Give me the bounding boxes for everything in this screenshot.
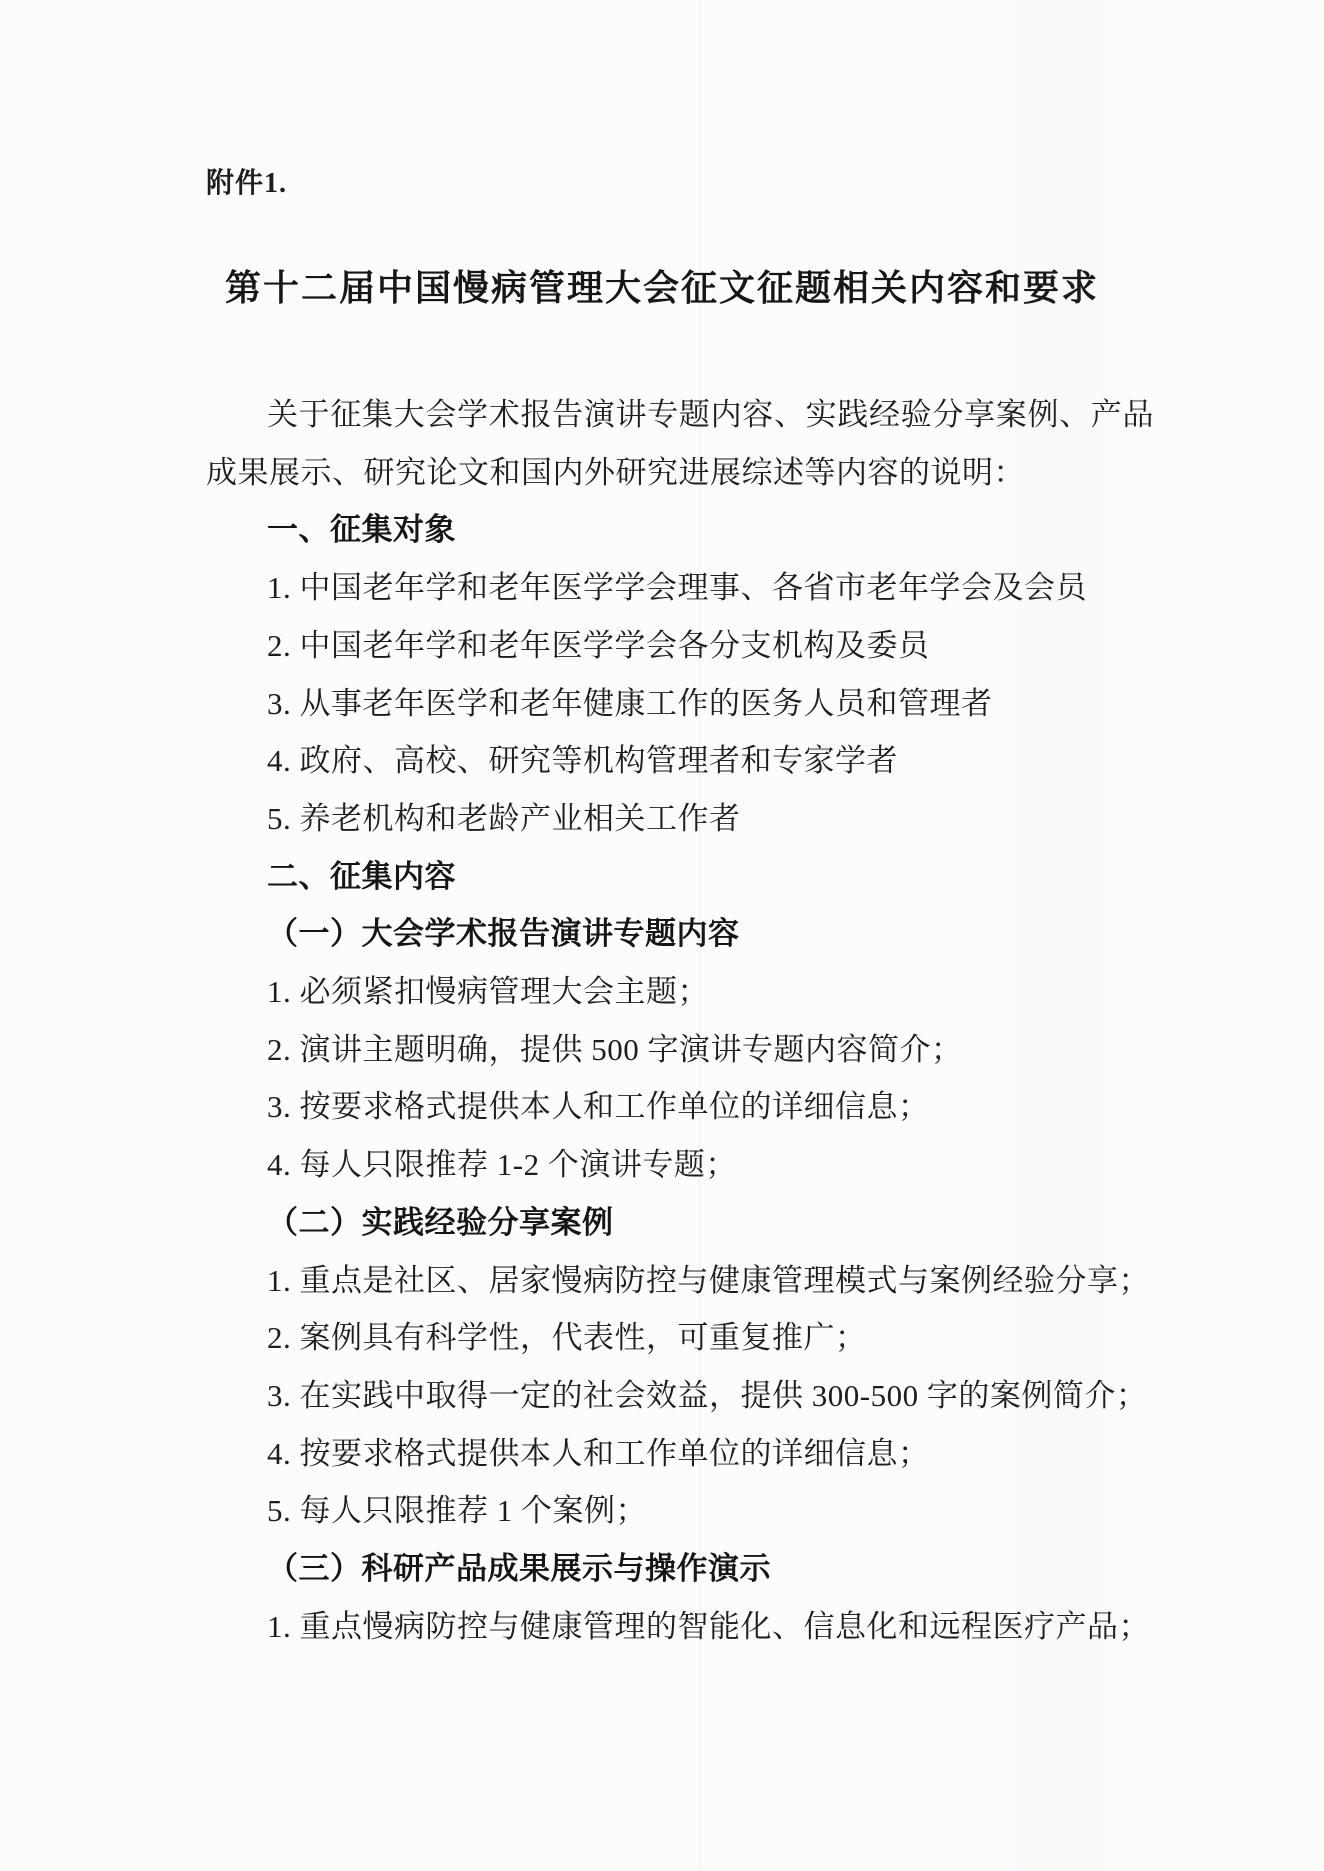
page-title: 第十二届中国慢病管理大会征文征题相关内容和要求 <box>40 264 1284 312</box>
list-item: 2. 中国老年学和老年医学学会各分支机构及委员 <box>206 617 1154 675</box>
intro-paragraph: 关于征集大会学术报告演讲专题内容、实践经验分享案例、产品成果展示、研究论文和国内… <box>206 386 1154 501</box>
subsection-3-heading: （三）科研产品成果展示与操作演示 <box>206 1540 1154 1598</box>
subsection-2-heading: （二）实践经验分享案例 <box>206 1194 1154 1252</box>
list-item: 3. 按要求格式提供本人和工作单位的详细信息； <box>206 1078 1154 1136</box>
list-item: 1. 必须紧扣慢病管理大会主题； <box>206 963 1154 1021</box>
list-item: 5. 养老机构和老龄产业相关工作者 <box>206 790 1154 848</box>
subsection-1-heading: （一）大会学术报告演讲专题内容 <box>206 905 1154 963</box>
list-item: 5. 每人只限推荐 1 个案例； <box>206 1482 1154 1540</box>
list-item: 1. 重点慢病防控与健康管理的智能化、信息化和远程医疗产品； <box>206 1598 1154 1656</box>
attachment-label: 附件1. <box>206 168 1324 200</box>
list-item: 3. 在实践中取得一定的社会效益，提供 300-500 字的案例简介； <box>206 1367 1154 1425</box>
section-1-heading: 一、征集对象 <box>206 501 1154 559</box>
list-item: 2. 演讲主题明确，提供 500 字演讲专题内容简介； <box>206 1021 1154 1079</box>
section-2-heading: 二、征集内容 <box>206 848 1154 906</box>
list-item: 4. 按要求格式提供本人和工作单位的详细信息； <box>206 1425 1154 1483</box>
list-item: 2. 案例具有科学性，代表性，可重复推广； <box>206 1309 1154 1367</box>
list-item: 1. 中国老年学和老年医学学会理事、各省市老年学会及会员 <box>206 559 1154 617</box>
list-item: 4. 政府、高校、研究等机构管理者和专家学者 <box>206 732 1154 790</box>
list-item: 4. 每人只限推荐 1-2 个演讲专题； <box>206 1136 1154 1194</box>
document-body: 关于征集大会学术报告演讲专题内容、实践经验分享案例、产品成果展示、研究论文和国内… <box>0 386 1324 1655</box>
list-item: 3. 从事老年医学和老年健康工作的医务人员和管理者 <box>206 675 1154 733</box>
list-item: 1. 重点是社区、居家慢病防控与健康管理模式与案例经验分享； <box>206 1252 1154 1310</box>
document-page: 附件1. 第十二届中国慢病管理大会征文征题相关内容和要求 关于征集大会学术报告演… <box>0 0 1324 1871</box>
